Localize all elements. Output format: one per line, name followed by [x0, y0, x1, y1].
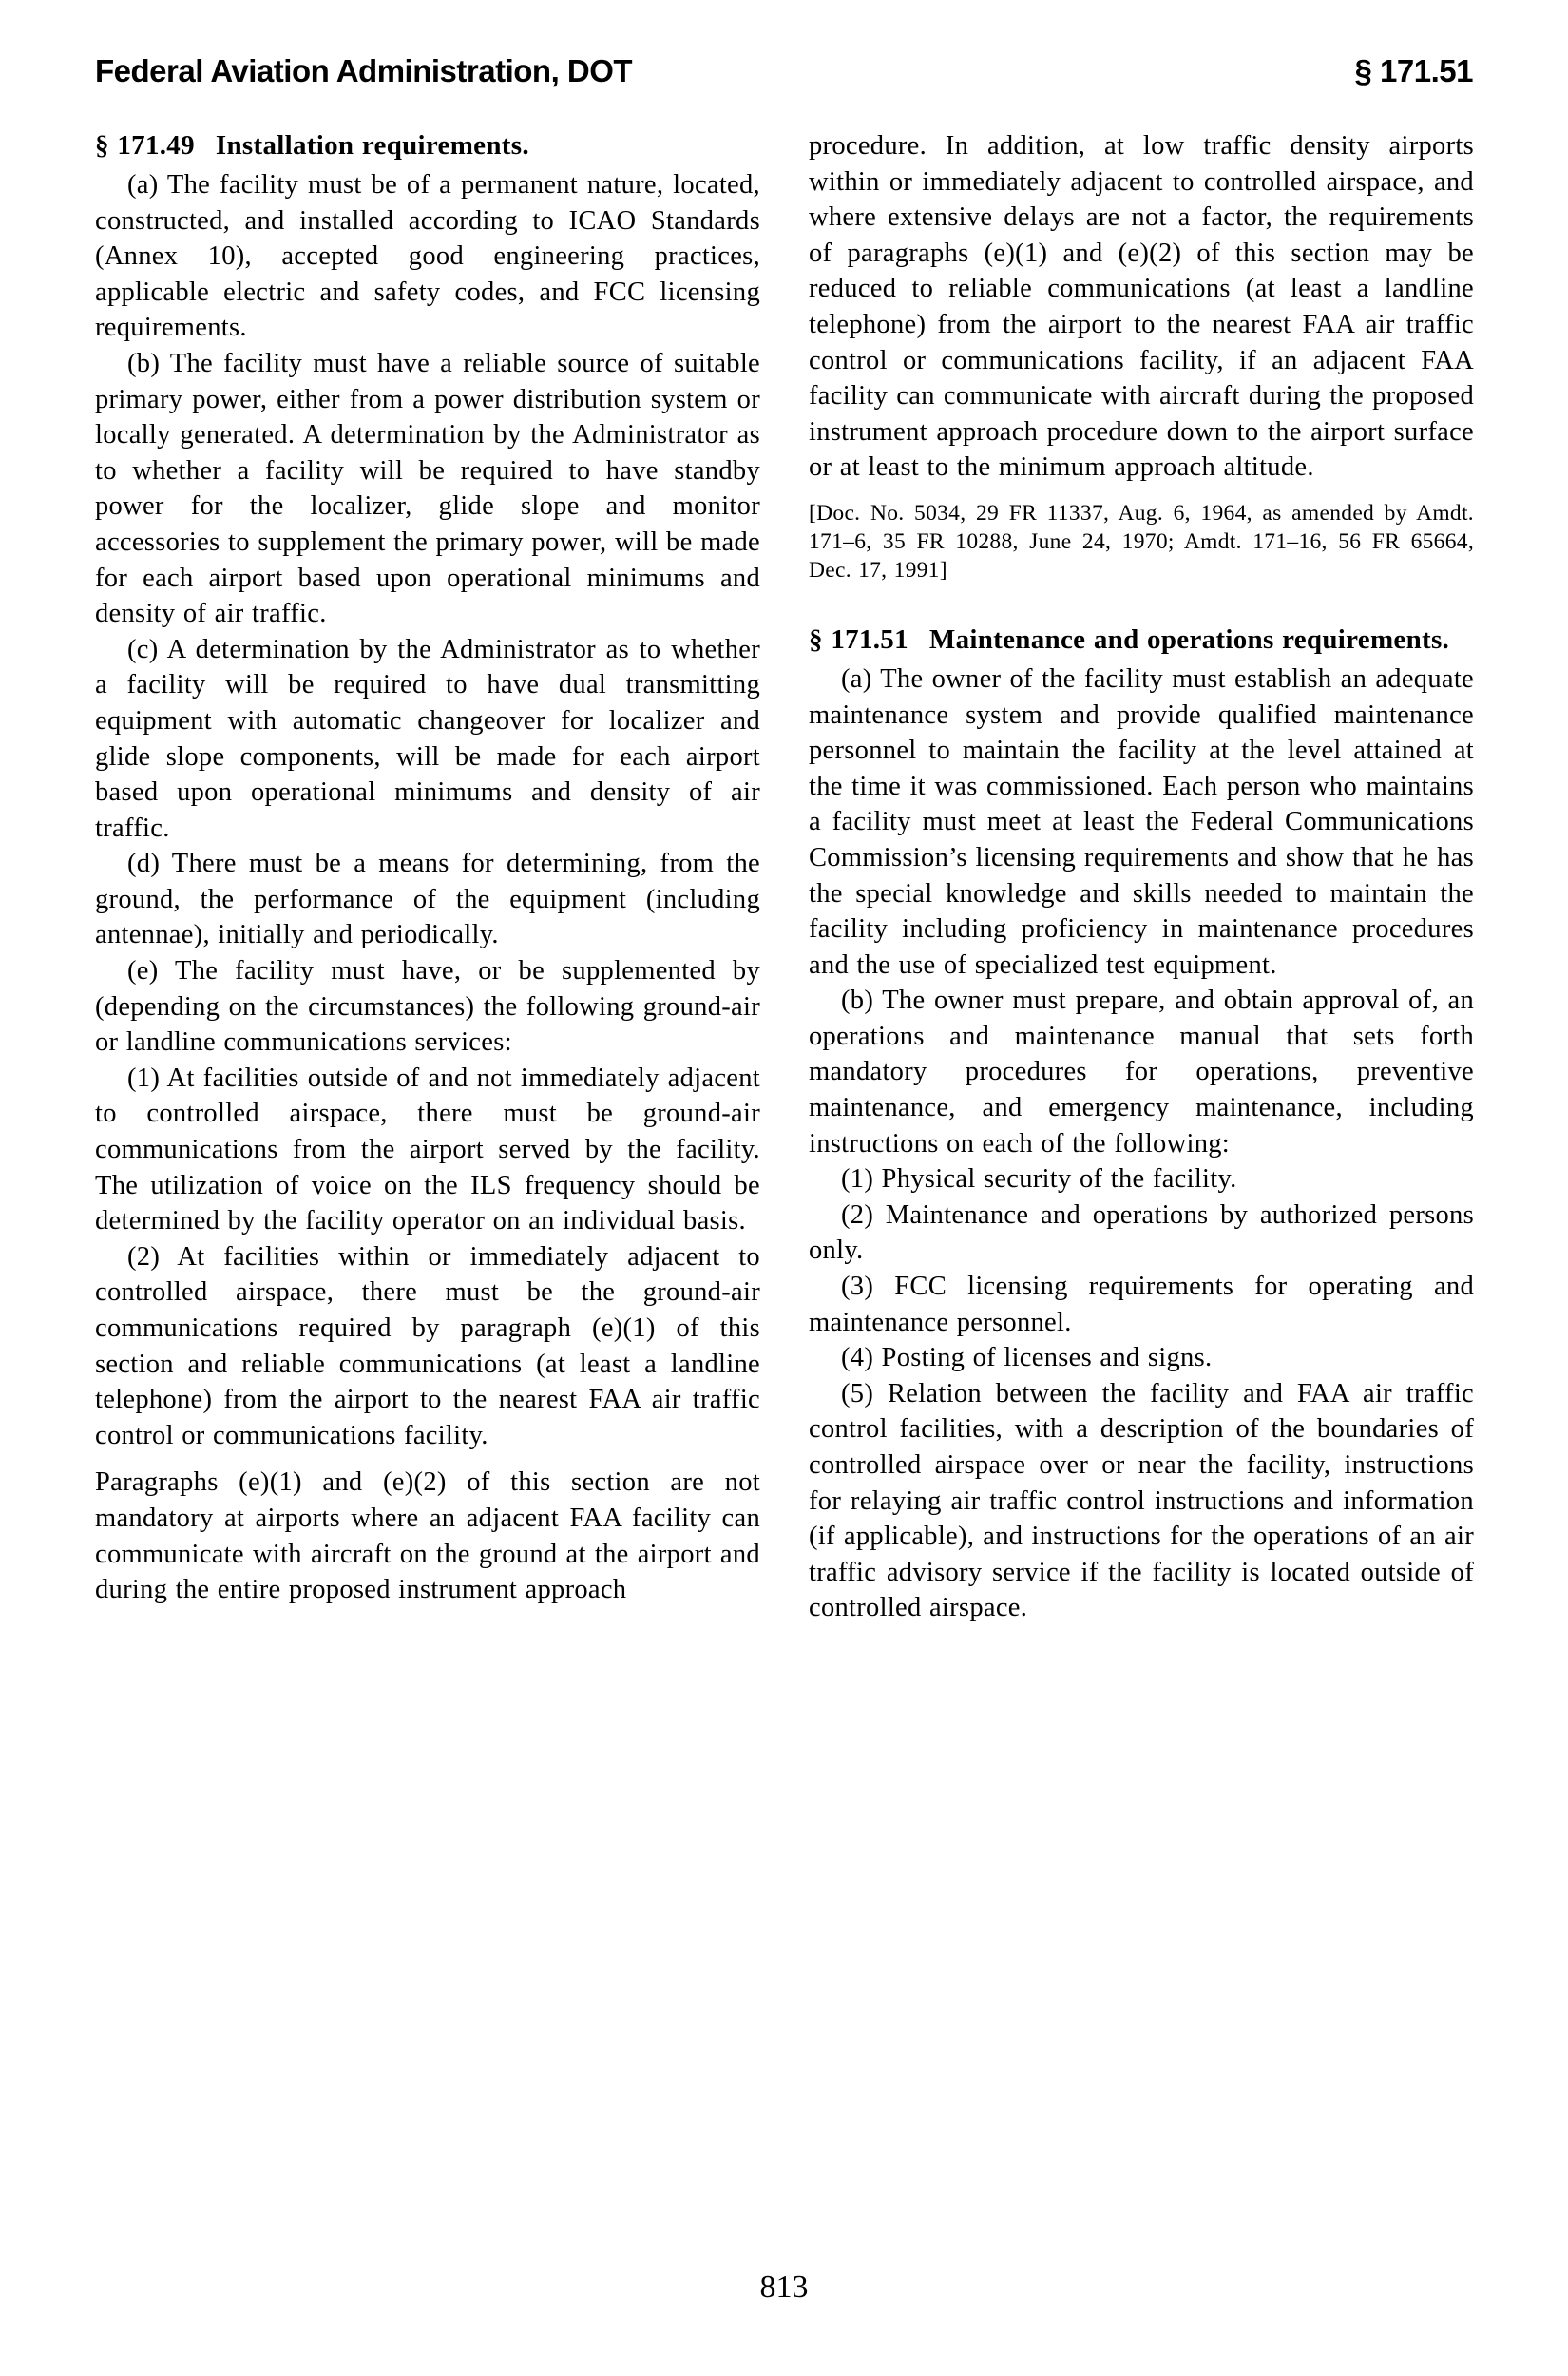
section-number: § 171.51 [809, 624, 908, 655]
page-number: 813 [0, 2270, 1568, 2306]
paragraph-b-2: (2) Maintenance and operations by author… [809, 1198, 1474, 1269]
closing-paragraph: Paragraphs (e)(1) and (e)(2) of this sec… [95, 1465, 760, 1607]
right-column: procedure. In addition, at low traffic d… [809, 128, 1474, 1626]
left-column: § 171.49Installation requirements. (a) T… [95, 128, 760, 1608]
continuation-paragraph: procedure. In addition, at low traffic d… [809, 128, 1474, 486]
paragraph-a: (a) The owner of the facility must estab… [809, 661, 1474, 983]
section-number: § 171.49 [95, 130, 195, 161]
paragraph-b-5: (5) Relation between the facility and FA… [809, 1376, 1474, 1626]
source-citation: [Doc. No. 5034, 29 FR 11337, Aug. 6, 196… [809, 499, 1474, 584]
paragraph-e: (e) The facility must have, or be supple… [95, 953, 760, 1061]
section-heading-171-49: § 171.49Installation requirements. [95, 128, 760, 163]
paragraph-b-4: (4) Posting of licenses and signs. [809, 1340, 1474, 1376]
section-heading-171-51: § 171.51Maintenance and operations requi… [809, 623, 1474, 657]
paragraph-b: (b) The facility must have a reliable so… [95, 346, 760, 632]
paragraph-e-1: (1) At facilities outside of and not imm… [95, 1061, 760, 1239]
paragraph-d: (d) There must be a means for determinin… [95, 846, 760, 953]
paragraph-a: (a) The facility must be of a permanent … [95, 167, 760, 346]
paragraph-c: (c) A determination by the Administrator… [95, 632, 760, 847]
paragraph-e-2: (2) At facilities within or immediately … [95, 1239, 760, 1454]
section-title: Installation requirements. [216, 130, 529, 161]
paragraph-b-1: (1) Physical security of the facility. [809, 1161, 1474, 1198]
running-head-agency: Federal Aviation Administration, DOT [95, 53, 632, 89]
section-title: Maintenance and operations requirements. [929, 624, 1449, 655]
running-head: Federal Aviation Administration, DOT § 1… [95, 53, 1473, 95]
paragraph-b-3: (3) FCC licensing requirements for opera… [809, 1269, 1474, 1340]
paragraph-b: (b) The owner must prepare, and obtain a… [809, 983, 1474, 1161]
running-head-section: § 171.51 [1355, 53, 1473, 89]
